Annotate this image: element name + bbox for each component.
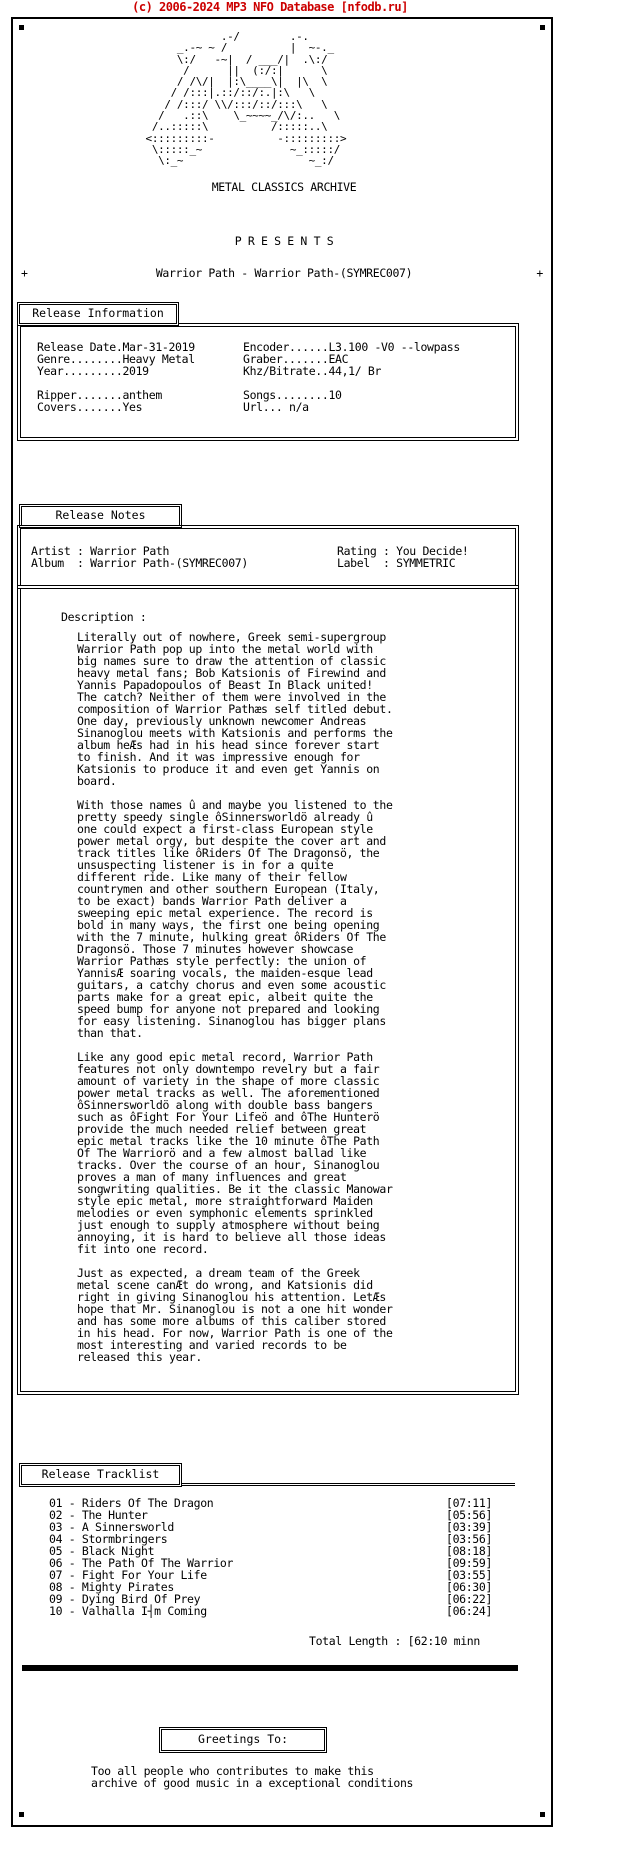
presents-heading: P R E S E N T S (13, 235, 555, 247)
description-body: Literally out of nowhere, Greek semi-sup… (77, 631, 393, 1363)
greetings-text: Too all people who contributes to make t… (91, 1765, 413, 1789)
corner-marker (19, 25, 24, 30)
track-title: 10 - Valhalla I┤m Coming (49, 1604, 207, 1618)
greetings-heading: Greetings To: (159, 1727, 327, 1753)
release-info-right-column: Encoder......L3.100 -V0 --lowpass Graber… (243, 341, 460, 413)
logo-caption: METAL CLASSICS ARCHIVE (13, 181, 555, 193)
tracklist-divider (181, 1483, 515, 1486)
description-heading: Description : (61, 611, 146, 623)
section-divider-bar (22, 1665, 518, 1671)
ascii-logo-art: .-/ .-. _.-~ ~ / | ~-._ \:/ -~| / ___/| … (133, 31, 393, 167)
corner-marker (19, 1812, 24, 1817)
tab-release-information: Release Information (17, 302, 179, 326)
release-title: Warrior Path - Warrior Path-(SYMREC007) (13, 267, 555, 279)
album-line: Album : Warrior Path-(SYMREC007) (31, 557, 248, 569)
total-length: Total Length : [62:10 minn (309, 1635, 480, 1647)
corner-marker (540, 25, 545, 30)
nfo-frame: .-/ .-. _.-~ ~ / | ~-._ \:/ -~| / ___/| … (11, 17, 553, 1827)
plus-marker-right: + (536, 267, 543, 279)
copyright-header: (c) 2006-2024 MP3 NFO Database [nfodb.ru… (0, 0, 540, 14)
label-line: Label : SYMMETRIC (337, 557, 455, 569)
release-info-left-column: Release Date.Mar-31-2019 Genre........He… (37, 341, 195, 413)
track-length: [06:24] (446, 1605, 492, 1617)
release-notes-header-box: Artist : Warrior Path Album : Warrior Pa… (17, 525, 519, 589)
corner-marker (540, 1812, 545, 1817)
release-info-box: Release Date.Mar-31-2019 Genre........He… (17, 323, 519, 441)
track-row: 10 - Valhalla I┤m Coming[06:24] (49, 1605, 509, 1617)
tab-release-tracklist: Release Tracklist (19, 1463, 182, 1487)
description-box: Description : Literally out of nowhere, … (17, 585, 519, 1395)
